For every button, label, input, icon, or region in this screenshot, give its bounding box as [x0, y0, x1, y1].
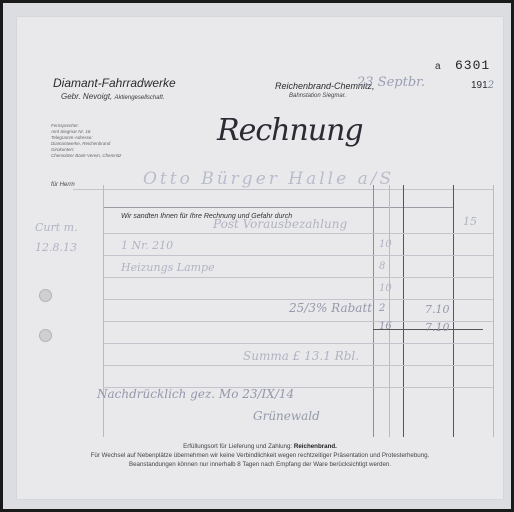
row-rule	[103, 299, 493, 300]
invoice-number: 6301	[455, 58, 490, 73]
fulfillment-label: Erfüllungsort für Lieferung und Zahlung:	[183, 443, 292, 450]
handwritten-date: 23 Septbr.	[357, 75, 425, 90]
row-rule	[103, 255, 493, 256]
invoice-sheet: a 6301 Diamant-Fahrradwerke Gebr. Nevoig…	[17, 17, 503, 499]
line-item-price: 8	[379, 261, 385, 272]
table-top-rule	[103, 207, 453, 208]
line-item-description: Post Vorausbezahlung	[213, 217, 347, 231]
total-line: Summa £ 13.1 Rbl.	[243, 349, 359, 363]
line-item-description: Heizungs Lampe	[121, 261, 215, 274]
recipient-handwritten: Otto Bürger Halle a/S	[143, 169, 394, 189]
line-item-amount: 15	[463, 215, 477, 228]
year-prefix: 191	[471, 80, 488, 91]
margin-note: Curt m.	[35, 221, 78, 234]
line-item-price: 16	[379, 321, 392, 332]
column-rule	[373, 185, 374, 437]
recipient-label: für Herrn	[51, 182, 75, 188]
settlement-note: Nachdrücklich gez. Mo 23/IX/14	[97, 387, 294, 401]
column-rule	[493, 185, 494, 437]
footer-line: Beanstandungen können nur innerhalb 8 Ta…	[17, 461, 503, 468]
line-item-amount: 7.10	[425, 321, 450, 334]
year-handwritten: 2	[488, 80, 494, 91]
legal-form: Aktiengesellschaft.	[115, 95, 165, 101]
side-info-line: Fernsprecher:	[51, 123, 79, 128]
line-item-price: 2	[379, 303, 385, 314]
side-info-line: Chemnitzer Bank-Verein, Chemnitz	[51, 153, 121, 158]
side-info-line: Amt Siegmar Nr. 16	[51, 129, 90, 134]
row-rule	[103, 233, 493, 234]
owner-name: Gebr. Nevoigt,	[61, 92, 112, 101]
side-info-line: Girokonten:	[51, 147, 74, 152]
station: Bahnstation Siegmar.	[289, 93, 346, 99]
punch-hole	[39, 289, 52, 302]
line-item-description: 25/3% Rabatt	[289, 301, 372, 315]
company-name: Diamant-Fahrradwerke	[53, 76, 176, 90]
margin-note: 12.8.13	[35, 241, 77, 254]
line-item-price: 10	[379, 239, 392, 250]
invoice-series: a	[435, 61, 441, 72]
row-rule	[103, 343, 493, 344]
side-info-line: Telegramm-Adresse:	[51, 135, 93, 140]
side-info-line: Diamantwerke, Reichenbrand	[51, 141, 110, 146]
signature: Grünewald	[253, 409, 320, 423]
line-item-description: 1 Nr. 210	[121, 239, 173, 252]
column-rule	[389, 185, 390, 437]
document-title: Rechnung	[217, 113, 363, 148]
scan-background: a 6301 Diamant-Fahrradwerke Gebr. Nevoig…	[3, 3, 511, 509]
footer-line: Für Wechsel auf Nebenplätze übernehmen w…	[17, 452, 503, 459]
punch-hole	[39, 329, 52, 342]
line-item-price: 10	[379, 283, 392, 294]
row-rule	[103, 277, 493, 278]
company-owner: Gebr. Nevoigt, Aktiengesellschaft.	[61, 92, 165, 101]
column-rule	[403, 185, 404, 437]
footer-fulfillment: Erfüllungsort für Lieferung und Zahlung:…	[17, 443, 503, 450]
year: 1912	[471, 80, 494, 91]
fulfillment-place: Reichenbrand.	[294, 443, 337, 450]
column-rule	[453, 185, 454, 437]
row-rule	[103, 365, 493, 366]
recipient-underline	[73, 189, 493, 190]
line-item-amount: 7.10	[425, 303, 450, 316]
